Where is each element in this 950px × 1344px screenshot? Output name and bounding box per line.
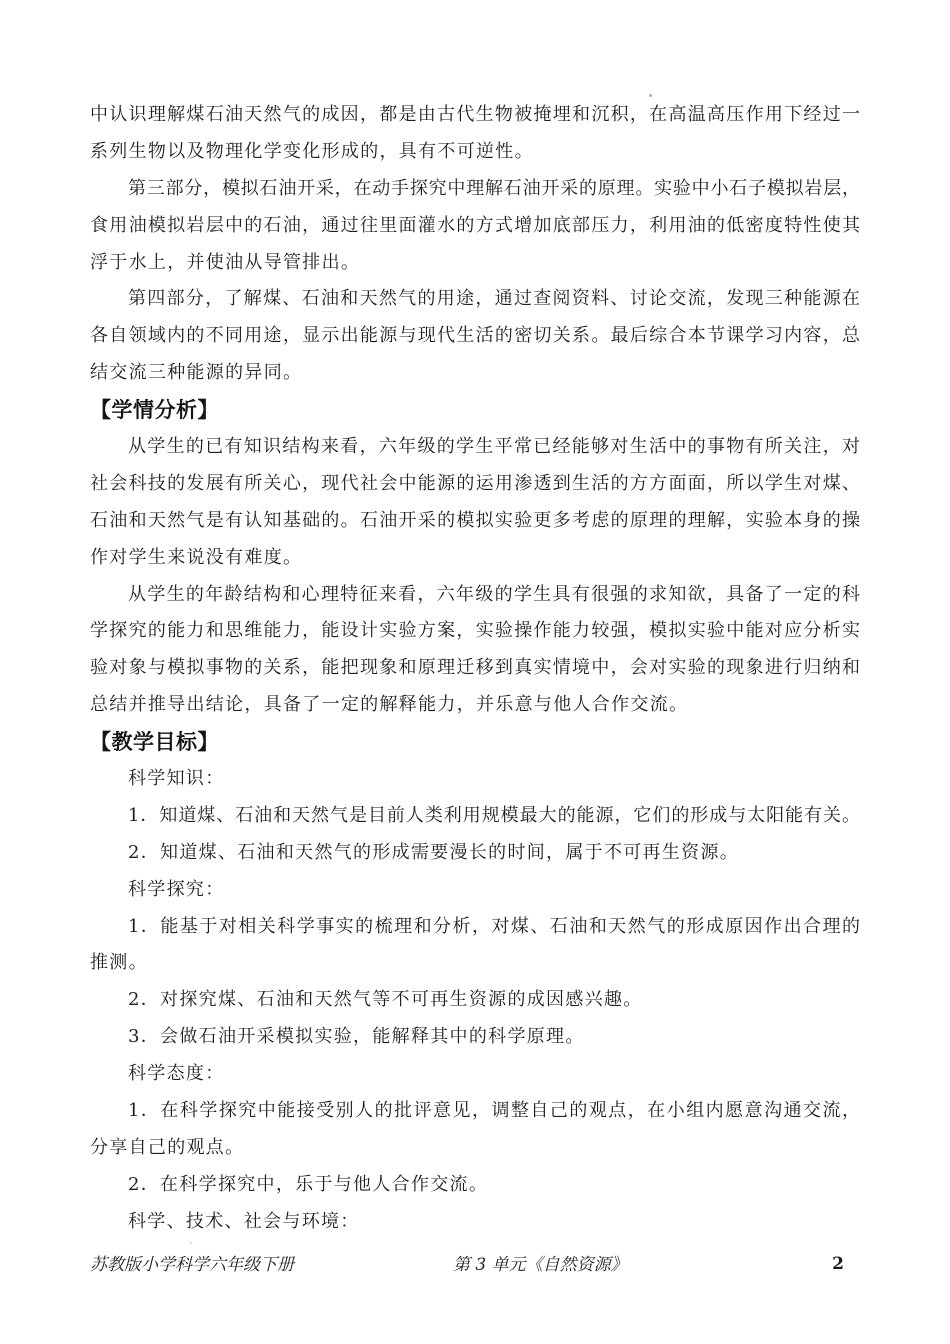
text-line: 从学生的已有知识结构来看，六年级的学生平常已经能够对生活中的事物有所关注，对 <box>90 429 860 466</box>
text-line: 1．在科学探究中能接受别人的批评意见，调整自己的观点，在小组内愿意沟通交流， <box>90 1093 860 1130</box>
text-line: 浮于水上，并使油从导管排出。 <box>90 245 860 282</box>
text-line: 3．会做石油开采模拟实验，能解释其中的科学原理。 <box>90 1019 860 1056</box>
text-line: 第四部分，了解煤、石油和天然气的用途，通过查阅资料、讨论交流，发现三种能源在 <box>90 281 860 318</box>
text-line: 2．知道煤、石油和天然气的形成需要漫长的时间，属于不可再生资源。 <box>90 835 860 872</box>
document-page: 中认识理解煤石油天然气的成因，都是由古代生物被掩埋和沉积，在高温高压作用下经过一… <box>0 0 950 1344</box>
text-line: 1．能基于对相关科学事实的梳理和分析，对煤、石油和天然气的形成原因作出合理的 <box>90 909 860 946</box>
text-line: 中认识理解煤石油天然气的成因，都是由古代生物被掩埋和沉积，在高温高压作用下经过一 <box>90 97 860 134</box>
text-line: 食用油模拟岩层中的石油，通过往里面灌水的方式增加底部压力，利用油的低密度特性使其 <box>90 208 860 245</box>
text-line: 社会科技的发展有所关心，现代社会中能源的运用渗透到生活的方方面面，所以学生对煤、 <box>90 466 860 503</box>
scan-speck <box>190 1242 192 1244</box>
text-line: 从学生的年龄结构和心理特征来看，六年级的学生具有很强的求知欲，具备了一定的科 <box>90 577 860 614</box>
text-line: 结交流三种能源的异同。 <box>90 355 860 392</box>
text-line: 作对学生来说没有难度。 <box>90 540 860 577</box>
text-line: 分享自己的观点。 <box>90 1130 860 1167</box>
text-line: 2．在科学探究中，乐于与他人合作交流。 <box>90 1167 860 1204</box>
footer-book-title: 苏教版小学科学六年级下册 <box>90 1254 294 1276</box>
section-heading: 【教学目标】 <box>90 724 860 761</box>
text-line: 学探究的能力和思维能力，能设计实验方案，实验操作能力较强，模拟实验中能对应分析实 <box>90 613 860 650</box>
section-heading: 【学情分析】 <box>90 392 860 429</box>
text-line: 各自领域内的不同用途，显示出能源与现代生活的密切关系。最后综合本节课学习内容，总 <box>90 318 860 355</box>
text-line: 推测。 <box>90 945 860 982</box>
text-line: 2．对探究煤、石油和天然气等不可再生资源的成因感兴趣。 <box>90 982 860 1019</box>
text-line: 1．知道煤、石油和天然气是目前人类利用规模最大的能源，它们的形成与太阳能有关。 <box>90 798 860 835</box>
footer-page-number: 2 <box>826 1253 850 1275</box>
document-text-block: 中认识理解煤石油天然气的成因，都是由古代生物被掩埋和沉积，在高温高压作用下经过一… <box>90 97 860 1241</box>
footer-unit-title: 第 3 单元《自然资源》 <box>453 1254 628 1276</box>
text-line: 科学探究： <box>90 872 860 909</box>
text-line: 系列生物以及物理化学变化形成的，具有不可逆性。 <box>90 134 860 171</box>
text-line: 科学态度： <box>90 1056 860 1093</box>
text-line: 石油和天然气是有认知基础的。石油开采的模拟实验更多考虑的原理的理解，实验本身的操 <box>90 503 860 540</box>
text-line: 验对象与模拟事物的关系，能把现象和原理迁移到真实情境中，会对实验的现象进行归纳和 <box>90 650 860 687</box>
text-line: 科学知识： <box>90 761 860 798</box>
text-line: 第三部分，模拟石油开采，在动手探究中理解石油开采的原理。实验中小石子模拟岩层， <box>90 171 860 208</box>
text-line: 总结并推导出结论，具备了一定的解释能力，并乐意与他人合作交流。 <box>90 687 860 724</box>
text-line: 科学、技术、社会与环境： <box>90 1204 860 1241</box>
scan-speck <box>649 94 652 97</box>
